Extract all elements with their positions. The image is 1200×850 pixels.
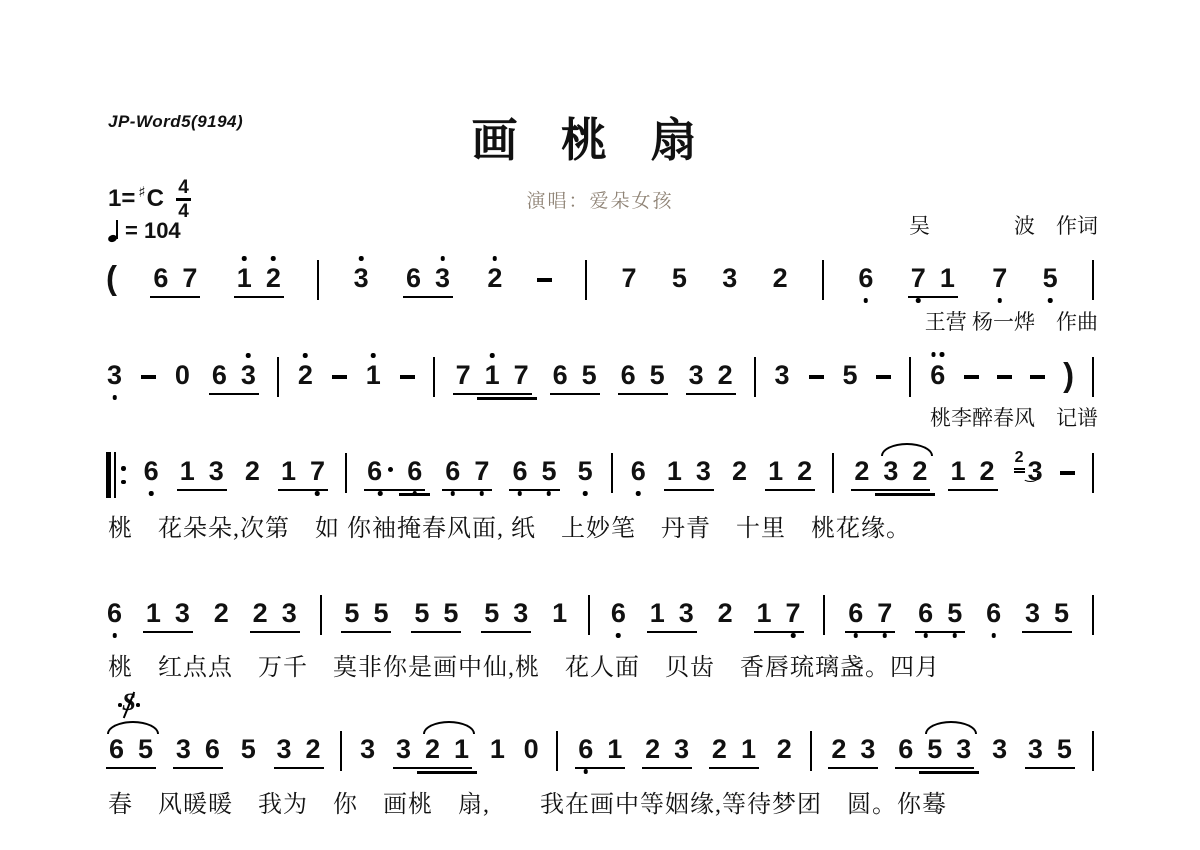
note-group: 35 bbox=[1025, 736, 1075, 769]
octave-dot-below bbox=[112, 633, 117, 638]
note-group: 32 bbox=[274, 736, 324, 769]
note-group: 61 bbox=[575, 736, 625, 769]
note-single: 5 bbox=[1042, 265, 1059, 292]
note-7: 7 bbox=[911, 265, 926, 292]
duration-dash bbox=[964, 375, 979, 379]
note-7: 7 bbox=[456, 362, 471, 389]
grace-note: 2 bbox=[1015, 450, 1024, 466]
note-6: 6 bbox=[205, 736, 220, 763]
note-1: 1 bbox=[757, 600, 772, 627]
note-group: 21 bbox=[709, 736, 759, 769]
note-2: 2 bbox=[773, 265, 788, 292]
note-7: 7 bbox=[877, 600, 892, 627]
note-3: 3 bbox=[282, 600, 297, 627]
octave-dot-below bbox=[916, 298, 921, 303]
note-2: 2 bbox=[854, 458, 869, 485]
note-2: 2 bbox=[245, 458, 260, 485]
barline bbox=[588, 595, 590, 635]
note-2: 2 bbox=[645, 736, 660, 763]
note-6: 6 bbox=[553, 362, 568, 389]
sharp-icon: ♯ bbox=[138, 183, 145, 201]
barline bbox=[832, 453, 834, 493]
note-7: 7 bbox=[310, 458, 325, 485]
note-5: 5 bbox=[582, 362, 597, 389]
note-group: 55 bbox=[341, 600, 391, 633]
undefined bbox=[121, 466, 126, 471]
octave-dot-below bbox=[583, 769, 588, 774]
note-2: 2 bbox=[718, 362, 733, 389]
note-group: 67 bbox=[150, 265, 200, 298]
note-6: 6 bbox=[930, 362, 945, 389]
note-single: 1 bbox=[365, 362, 382, 389]
note-group: 23 bbox=[250, 600, 300, 633]
note-1: 1 bbox=[607, 736, 622, 763]
note-1: 1 bbox=[485, 362, 500, 389]
note-single: 0 bbox=[523, 736, 540, 763]
note-2: 2 bbox=[306, 736, 321, 763]
note-6: 6 bbox=[986, 600, 1001, 627]
octave-dot-below bbox=[991, 633, 996, 638]
note-group: 63 bbox=[209, 362, 259, 395]
note-3: 3 bbox=[360, 736, 375, 763]
dots bbox=[121, 466, 126, 484]
octave-dot-below bbox=[583, 491, 588, 496]
note-3: 3 bbox=[435, 265, 450, 292]
note-2: 2 bbox=[797, 458, 812, 485]
note-7: 7 bbox=[182, 265, 197, 292]
note-group: 12 bbox=[765, 458, 815, 491]
note-single: 5 bbox=[240, 736, 257, 763]
note-7: 7 bbox=[786, 600, 801, 627]
note-group: 65 bbox=[509, 458, 559, 491]
octave-dot-below bbox=[636, 491, 641, 496]
note-3: 3 bbox=[992, 736, 1007, 763]
octave-dot-below bbox=[864, 298, 869, 303]
note-5: 5 bbox=[947, 600, 962, 627]
undefined bbox=[940, 352, 945, 357]
note-group: 13 bbox=[647, 600, 697, 633]
note-5: 5 bbox=[927, 736, 942, 763]
note-6: 6 bbox=[212, 362, 227, 389]
barline bbox=[1092, 260, 1094, 300]
note-6: 6 bbox=[367, 458, 393, 485]
credit-composer: 王营 杨一烨 作曲 bbox=[876, 306, 1098, 338]
meter-numerator: 4 bbox=[178, 178, 189, 197]
note-6: 6 bbox=[848, 600, 863, 627]
note-group: 67 bbox=[442, 458, 492, 491]
note-single: 3 bbox=[721, 265, 738, 292]
note-single: 6 bbox=[143, 458, 160, 485]
lyrics-line-1: 桃 花朵朵,次第 如 你袖掩春风面, 纸 上妙笔 丹青 十里 桃花缘。 bbox=[108, 508, 1093, 543]
intro-paren: ( bbox=[106, 261, 117, 294]
octave-dot-below bbox=[518, 491, 523, 496]
key-signature: 1=♯C 4 4 bbox=[108, 178, 191, 221]
octave-dot-below bbox=[412, 491, 417, 496]
octave-dot-below bbox=[315, 491, 320, 496]
note-single: 6 bbox=[630, 458, 647, 485]
sheet-music-page: JP-Word5(9194) 画 桃 扇 演唱：爱朵女孩 吴 波 作词 王营 杨… bbox=[0, 0, 1200, 850]
lyrics-line-2: 桃 红点点 万千 莫非你是画中仙,桃 花人面 贝齿 香唇琉璃盏。四月 bbox=[108, 647, 1093, 682]
note-1: 1 bbox=[768, 458, 783, 485]
octave-dot-below bbox=[149, 491, 154, 496]
duration-dash bbox=[1030, 375, 1045, 379]
note-group: 23 bbox=[642, 736, 692, 769]
note-3: 3 bbox=[860, 736, 875, 763]
music-line-5: 6536532332110612321223653335 bbox=[106, 736, 1094, 771]
octave-dot-below bbox=[923, 633, 928, 638]
octave-dot-below bbox=[791, 633, 796, 638]
intro-paren: ) bbox=[1063, 358, 1074, 391]
barline bbox=[556, 731, 558, 771]
note-2: 2 bbox=[732, 458, 747, 485]
note-5: 5 bbox=[842, 362, 857, 389]
note-group: 13 bbox=[143, 600, 193, 633]
note-1: 1 bbox=[237, 265, 252, 292]
note-1: 1 bbox=[650, 600, 665, 627]
note-3: 3 bbox=[679, 600, 694, 627]
note-5: 5 bbox=[1043, 265, 1058, 292]
octave-dot-below bbox=[883, 633, 888, 638]
note-6: 6 bbox=[512, 458, 527, 485]
note-3: 3 bbox=[175, 600, 190, 627]
octave-dot-below bbox=[952, 633, 957, 638]
note-group: 717 bbox=[453, 362, 532, 395]
music-line-2: 306321717656532356) bbox=[106, 362, 1094, 397]
note-1: 1 bbox=[667, 458, 682, 485]
note-2: 2 bbox=[214, 600, 229, 627]
note-6: 6 bbox=[611, 600, 626, 627]
note-3: 3 bbox=[396, 736, 411, 763]
note-single: 3 bbox=[774, 362, 791, 389]
credit-lyricist: 吴 波 作词 bbox=[876, 210, 1098, 242]
note-6: 6 bbox=[631, 458, 646, 485]
note-single: 3 bbox=[991, 736, 1008, 763]
note-5: 5 bbox=[541, 458, 556, 485]
note-5: 5 bbox=[578, 458, 593, 485]
note-2: 2 bbox=[253, 600, 268, 627]
note-3: 3 bbox=[1025, 600, 1040, 627]
note-3: 3 bbox=[513, 600, 528, 627]
note-group: 13 bbox=[177, 458, 227, 491]
note-group: 17 bbox=[278, 458, 328, 491]
note-single: 2 bbox=[776, 736, 793, 763]
barline bbox=[317, 260, 319, 300]
augmentation-dot bbox=[388, 467, 393, 472]
note-group: 63 bbox=[403, 265, 453, 298]
grace-note-figure: 23 bbox=[1015, 458, 1043, 485]
note-3: 3 bbox=[354, 265, 369, 292]
note-6: 6 bbox=[109, 736, 124, 763]
barline bbox=[433, 357, 435, 397]
note-2: 2 bbox=[266, 265, 281, 292]
barline bbox=[810, 731, 812, 771]
note-group: 321 bbox=[393, 736, 472, 769]
octave-dot-below bbox=[1048, 298, 1053, 303]
music-line-3: 61321766676556132122321223 bbox=[106, 458, 1094, 498]
music-line-1: (67123632753267175 bbox=[106, 265, 1094, 300]
note-single: 7 bbox=[620, 265, 637, 292]
note-3: 3 bbox=[277, 736, 292, 763]
note-3: 3 bbox=[1028, 458, 1043, 485]
note-5: 5 bbox=[344, 600, 359, 627]
barline bbox=[1092, 731, 1094, 771]
note-7: 7 bbox=[992, 265, 1007, 292]
note-0: 0 bbox=[524, 736, 539, 763]
barline bbox=[277, 357, 279, 397]
note-2: 2 bbox=[487, 265, 502, 292]
note-1: 1 bbox=[951, 458, 966, 485]
note-1: 1 bbox=[281, 458, 296, 485]
note-group: 66 bbox=[364, 458, 425, 491]
note-group: 35 bbox=[1022, 600, 1072, 633]
note-single: 2 bbox=[731, 458, 748, 485]
quarter-note-icon bbox=[108, 219, 121, 243]
note-group: 23 bbox=[828, 736, 878, 769]
note-3: 3 bbox=[883, 458, 898, 485]
tempo-marking: = 104 bbox=[108, 218, 181, 244]
octave-dot-below bbox=[616, 633, 621, 638]
key-letter: C bbox=[147, 185, 164, 213]
note-5: 5 bbox=[138, 736, 153, 763]
note-2: 2 bbox=[425, 736, 440, 763]
note-3: 3 bbox=[176, 736, 191, 763]
note-group: 65 bbox=[915, 600, 965, 633]
octave-dot-above bbox=[490, 353, 495, 358]
note-single: 6 bbox=[857, 265, 874, 292]
note-group: 67 bbox=[845, 600, 895, 633]
note-1: 1 bbox=[552, 600, 567, 627]
key-prefix: 1= bbox=[108, 185, 135, 213]
note-group: 13 bbox=[664, 458, 714, 491]
note-group: 653 bbox=[895, 736, 974, 769]
octave-dot-above bbox=[303, 353, 308, 358]
note-6: 6 bbox=[858, 265, 873, 292]
note-single: 5 bbox=[671, 265, 688, 292]
duration-dash bbox=[809, 375, 824, 379]
note-single: 5 bbox=[841, 362, 858, 389]
repeat-sign bbox=[106, 452, 126, 498]
note-1: 1 bbox=[146, 600, 161, 627]
note-single: 0 bbox=[174, 362, 191, 389]
note-6: 6 bbox=[144, 458, 159, 485]
note-1: 1 bbox=[366, 362, 381, 389]
duration-dash bbox=[876, 375, 891, 379]
lyrics-line-3: 春 风暖暖 我为 你 画桃 扇, 我在画中等姻缘,等待梦团 圆。你蓦 bbox=[108, 784, 1093, 819]
barline bbox=[1092, 453, 1094, 493]
note-single: 2 bbox=[486, 265, 503, 292]
barline bbox=[822, 260, 824, 300]
note-3: 3 bbox=[674, 736, 689, 763]
note-single: 2 bbox=[297, 362, 314, 389]
note-1: 1 bbox=[454, 736, 469, 763]
note-single: 3 bbox=[359, 736, 376, 763]
octave-dot-below bbox=[480, 491, 485, 496]
note-6: 6 bbox=[407, 458, 422, 485]
octave-dot-above bbox=[242, 256, 247, 261]
note-single: 3 bbox=[353, 265, 370, 292]
note-2: 2 bbox=[912, 458, 927, 485]
octave-dot-above bbox=[371, 353, 376, 358]
octave-dot-below bbox=[997, 298, 1002, 303]
note-5: 5 bbox=[373, 600, 388, 627]
barline bbox=[1092, 357, 1094, 397]
duration-dash bbox=[537, 278, 552, 282]
undefined bbox=[931, 352, 936, 357]
octave-dot-above bbox=[493, 256, 498, 261]
note-single: 2 bbox=[213, 600, 230, 627]
note-1: 1 bbox=[180, 458, 195, 485]
barline bbox=[345, 453, 347, 493]
time-signature: 4 4 bbox=[176, 178, 191, 221]
slur-arc bbox=[107, 721, 159, 734]
note-3: 3 bbox=[107, 362, 122, 389]
octave-dot-below bbox=[378, 491, 383, 496]
duration-dash bbox=[400, 375, 415, 379]
note-2: 2 bbox=[298, 362, 313, 389]
note-6: 6 bbox=[153, 265, 168, 292]
note-group: 12 bbox=[234, 265, 284, 298]
note-6: 6 bbox=[621, 362, 636, 389]
note-2: 2 bbox=[777, 736, 792, 763]
note-3: 3 bbox=[775, 362, 790, 389]
note-3: 3 bbox=[241, 362, 256, 389]
note-single: 1 bbox=[489, 736, 506, 763]
note-3: 3 bbox=[696, 458, 711, 485]
barline bbox=[320, 595, 322, 635]
note-5: 5 bbox=[1057, 736, 1072, 763]
barline bbox=[823, 595, 825, 635]
note-group: 65 bbox=[618, 362, 668, 395]
slur-arc bbox=[423, 721, 475, 734]
note-group: 36 bbox=[173, 736, 223, 769]
barline bbox=[585, 260, 587, 300]
note-0: 0 bbox=[175, 362, 190, 389]
note-6: 6 bbox=[445, 458, 460, 485]
note-5: 5 bbox=[414, 600, 429, 627]
tempo-value: = 104 bbox=[125, 218, 181, 244]
barline bbox=[611, 453, 613, 493]
note-group: 12 bbox=[948, 458, 998, 491]
tremolo-dots bbox=[931, 352, 944, 357]
note-7: 7 bbox=[514, 362, 529, 389]
note-2: 2 bbox=[718, 600, 733, 627]
note-group: 32 bbox=[686, 362, 736, 395]
undefined bbox=[121, 480, 126, 485]
barline bbox=[754, 357, 756, 397]
note-5: 5 bbox=[241, 736, 256, 763]
note-3: 3 bbox=[956, 736, 971, 763]
slur-arc bbox=[925, 721, 977, 734]
note-group: 53 bbox=[481, 600, 531, 633]
note-5: 5 bbox=[650, 362, 665, 389]
note-3: 3 bbox=[209, 458, 224, 485]
note-6: 6 bbox=[578, 736, 593, 763]
octave-dot-above bbox=[246, 353, 251, 358]
note-single: 7 bbox=[991, 265, 1008, 292]
duration-dash bbox=[332, 375, 347, 379]
note-group: 232 bbox=[851, 458, 930, 491]
note-2: 2 bbox=[831, 736, 846, 763]
octave-dot-below bbox=[451, 491, 456, 496]
note-group: 65 bbox=[106, 736, 156, 769]
octave-dot-below bbox=[547, 491, 552, 496]
note-1: 1 bbox=[940, 265, 955, 292]
duration-dash bbox=[141, 375, 156, 379]
note-6: 6 bbox=[107, 600, 122, 627]
octave-dot-above bbox=[440, 256, 445, 261]
note-group: 17 bbox=[754, 600, 804, 633]
note-5: 5 bbox=[443, 600, 458, 627]
note-single: 6 bbox=[985, 600, 1002, 627]
note-7: 7 bbox=[621, 265, 636, 292]
note-5: 5 bbox=[484, 600, 499, 627]
duration-dash bbox=[1060, 471, 1075, 475]
note-2: 2 bbox=[980, 458, 995, 485]
octave-dot-above bbox=[359, 256, 364, 261]
note-1: 1 bbox=[490, 736, 505, 763]
barline bbox=[340, 731, 342, 771]
note-single: 5 bbox=[577, 458, 594, 485]
note-2: 2 bbox=[712, 736, 727, 763]
note-6: 6 bbox=[406, 265, 421, 292]
note-3: 3 bbox=[689, 362, 704, 389]
note-single: 6 bbox=[106, 600, 123, 627]
note-6: 6 bbox=[918, 600, 933, 627]
note-3: 3 bbox=[722, 265, 737, 292]
thin bbox=[114, 452, 116, 498]
octave-dot-above bbox=[271, 256, 276, 261]
barline bbox=[1092, 595, 1094, 635]
note-single: 2 bbox=[244, 458, 261, 485]
credit-transcriber: 桃李醉春风 记谱 bbox=[876, 402, 1098, 434]
note-group: 65 bbox=[550, 362, 600, 395]
thick bbox=[106, 452, 111, 498]
note-3: 3 bbox=[1028, 736, 1043, 763]
note-single: 6 bbox=[610, 600, 627, 627]
note-group: 55 bbox=[411, 600, 461, 633]
note-single: 3 bbox=[106, 362, 123, 389]
octave-dot-below bbox=[854, 633, 859, 638]
music-line-4: 61322355555316132176765635 bbox=[106, 600, 1094, 635]
barline bbox=[909, 357, 911, 397]
note-5: 5 bbox=[1054, 600, 1069, 627]
note-single: 1 bbox=[551, 600, 568, 627]
duration-dash bbox=[997, 375, 1012, 379]
note-single: 2 bbox=[717, 600, 734, 627]
octave-dot-below bbox=[112, 395, 117, 400]
note-group: 71 bbox=[908, 265, 958, 298]
note-6: 6 bbox=[898, 736, 913, 763]
note-single: 2 bbox=[772, 265, 789, 292]
note-1: 1 bbox=[741, 736, 756, 763]
note-5: 5 bbox=[672, 265, 687, 292]
note-7: 7 bbox=[474, 458, 489, 485]
note-single: 6 bbox=[929, 362, 946, 389]
segno-icon: S bbox=[118, 692, 140, 720]
